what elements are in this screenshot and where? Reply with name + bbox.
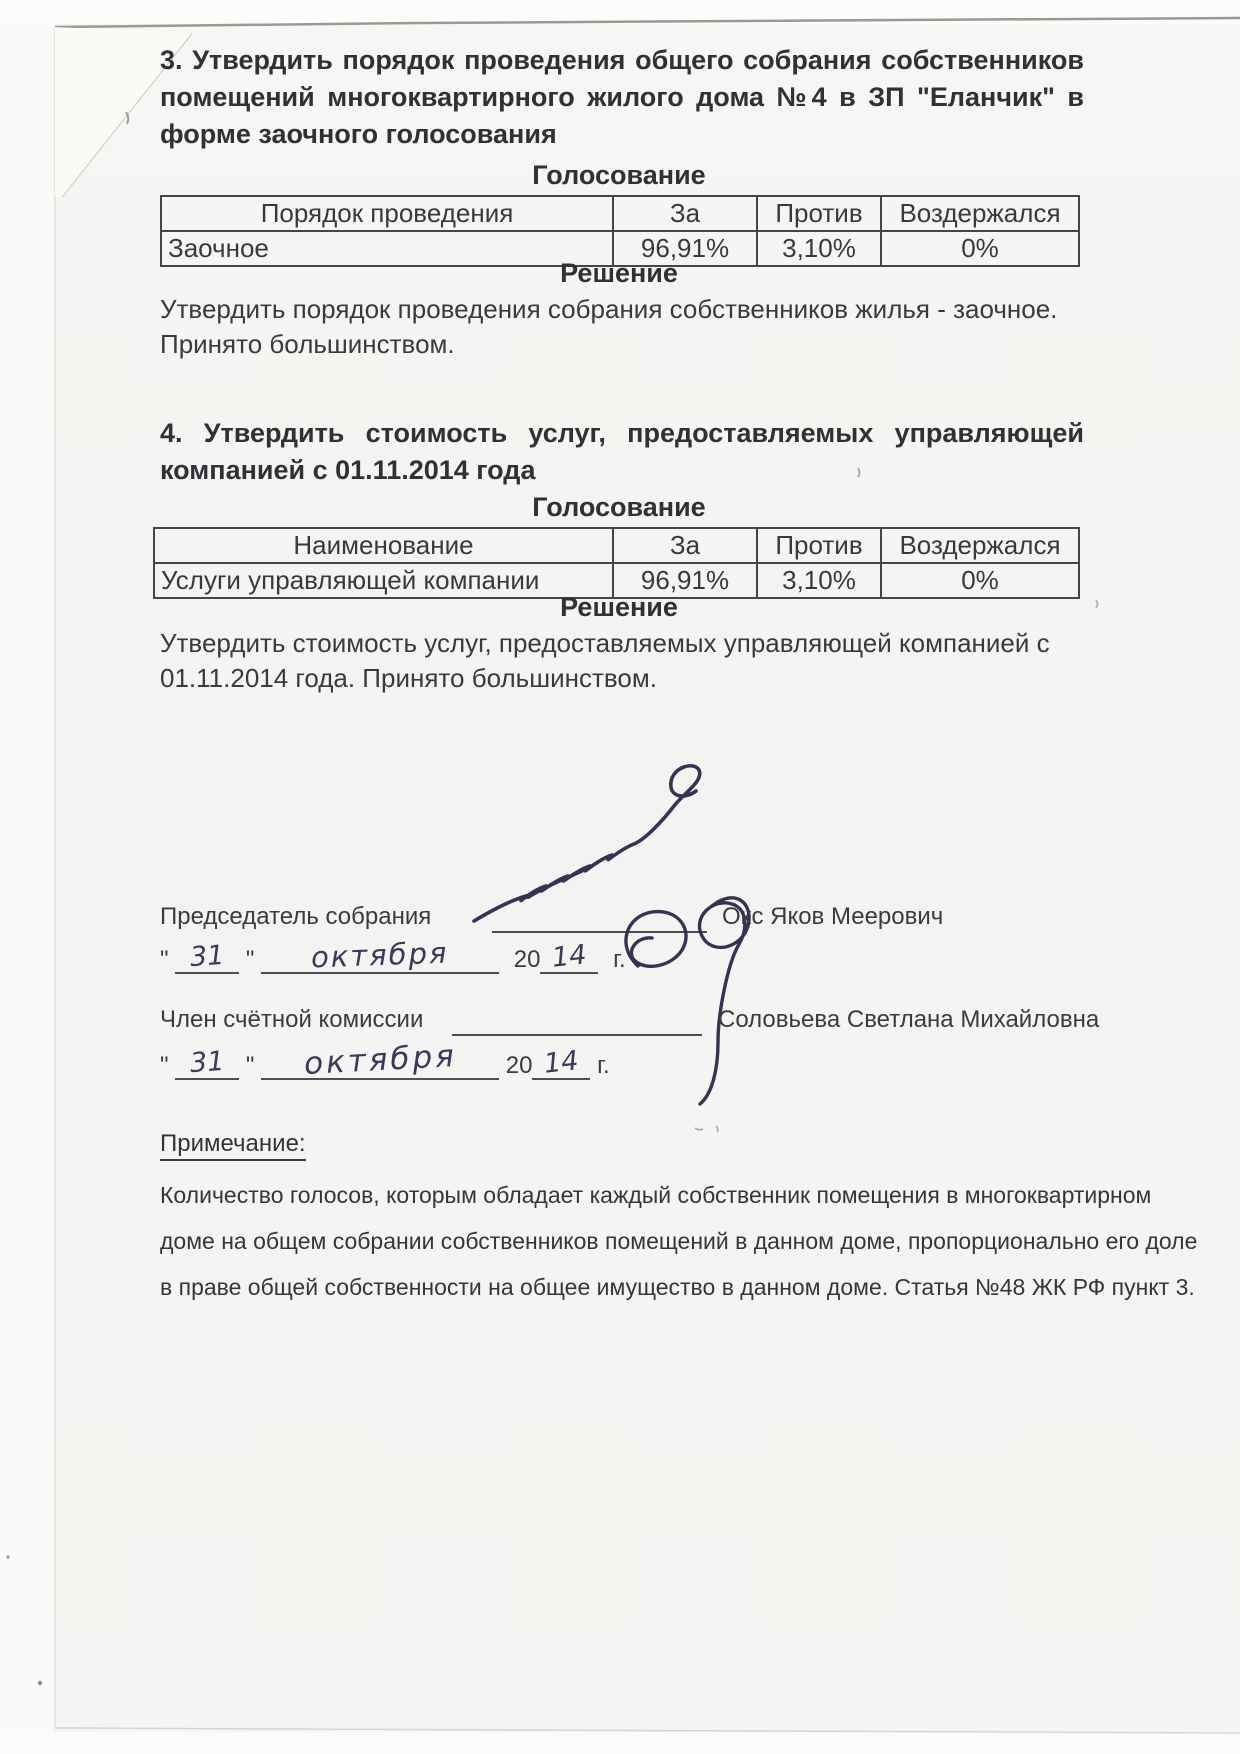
note-heading: Примечание: [160, 1130, 306, 1161]
section3-heading-line3: форме заочного голосования [160, 116, 1084, 153]
section3-heading-line2: помещений многоквартирного жилого дома №… [160, 79, 1084, 116]
scanned-document-page: 3. Утвердить порядок проведения общего с… [0, 0, 1240, 1754]
date-century: 20 [506, 1052, 533, 1079]
header-cell-abstained: Воздержался [881, 528, 1079, 563]
handwritten-day: 31 [189, 1046, 225, 1079]
close-quote: " [246, 1052, 255, 1079]
handwritten-month: октября [311, 936, 449, 975]
scanner-background-bottom [0, 1732, 1240, 1754]
scanner-background-left [0, 24, 55, 1732]
header-cell-for: За [613, 196, 757, 231]
member-name: Соловьева Светлана Михайловна [718, 1006, 1099, 1034]
member-date-line: " 31 " октября 2014 г. [160, 1042, 610, 1080]
open-quote: " [160, 946, 169, 973]
date-month-field: октября [261, 1042, 499, 1080]
handwritten-day: 31 [189, 940, 225, 973]
header-cell-order: Порядок проведения [161, 196, 613, 231]
date-day-field: 31 [175, 941, 239, 974]
member-signature-line [452, 1008, 702, 1036]
handwritten-month: октября [303, 1038, 458, 1082]
note-heading-wrap: Примечание: [160, 1130, 306, 1161]
header-cell-against: Против [757, 196, 881, 231]
date-month-field: октября [261, 938, 499, 974]
header-cell-for: За [613, 528, 757, 563]
note-line1: Количество голосов, которым обладает каж… [160, 1172, 1120, 1218]
section4-decision-text: Утвердить стоимость услуг, предоставляем… [160, 626, 1084, 696]
header-cell-against: Против [757, 528, 881, 563]
section3-decision-line1: Утвердить порядок проведения собрания со… [160, 292, 1084, 327]
header-cell-abstained: Воздержался [881, 196, 1079, 231]
section3-decision-text: Утвердить порядок проведения собрания со… [160, 292, 1084, 362]
section4-heading: 4. Утвердить стоимость услуг, предоставл… [160, 415, 1084, 489]
section4-heading-line1: 4. Утвердить стоимость услуг, предоставл… [160, 415, 1084, 452]
handwritten-year: 14 [551, 939, 588, 973]
section3-decision-line2: Принято большинством. [160, 327, 1084, 362]
date-era: г. [597, 1052, 610, 1079]
note-line2: доме на общем собрании собственников пом… [160, 1218, 1120, 1264]
chairman-date-line: " 31 " октября 2014 г. [160, 938, 626, 974]
section3-heading-line1: 3. Утвердить порядок проведения общего с… [160, 42, 1084, 79]
member-signature [592, 872, 802, 1107]
section4-decision-label: Решение [160, 592, 1078, 623]
section3-voting-label: Голосование [160, 160, 1078, 191]
section3-heading: 3. Утвердить порядок проведения общего с… [160, 42, 1084, 153]
section3-decision-label: Решение [160, 258, 1078, 289]
section3-voting-table: Порядок проведения За Против Воздержался… [160, 195, 1080, 267]
date-century: 20 [514, 946, 541, 973]
note-line3: в праве общей собственности на общее иму… [160, 1264, 1120, 1310]
date-day-field: 31 [175, 1047, 239, 1080]
section4-voting-table: Наименование За Против Воздержался Услуг… [153, 527, 1080, 599]
date-year-field: 14 [532, 1047, 590, 1080]
scanner-background-top [0, 0, 1240, 24]
open-quote: " [160, 1052, 169, 1079]
header-cell-name: Наименование [154, 528, 613, 563]
chairman-role-label: Председатель собрания [160, 903, 431, 931]
section4-voting-label: Голосование [160, 492, 1078, 523]
section4-decision-line1: Утвердить стоимость услуг, предоставляем… [160, 626, 1084, 661]
note-paragraph: Количество голосов, которым обладает каж… [160, 1172, 1120, 1310]
section4-decision-line2: 01.11.2014 года. Принято большинством. [160, 661, 1084, 696]
table-header-row: Порядок проведения За Против Воздержался [161, 196, 1079, 231]
close-quote: " [246, 946, 255, 973]
table-header-row: Наименование За Против Воздержался [154, 528, 1079, 563]
handwritten-year: 14 [543, 1045, 580, 1079]
section4-heading-line2: компанией с 01.11.2014 года [160, 452, 1084, 489]
date-year-field: 14 [540, 941, 598, 974]
member-role-label: Член счётной комиссии [160, 1006, 423, 1034]
